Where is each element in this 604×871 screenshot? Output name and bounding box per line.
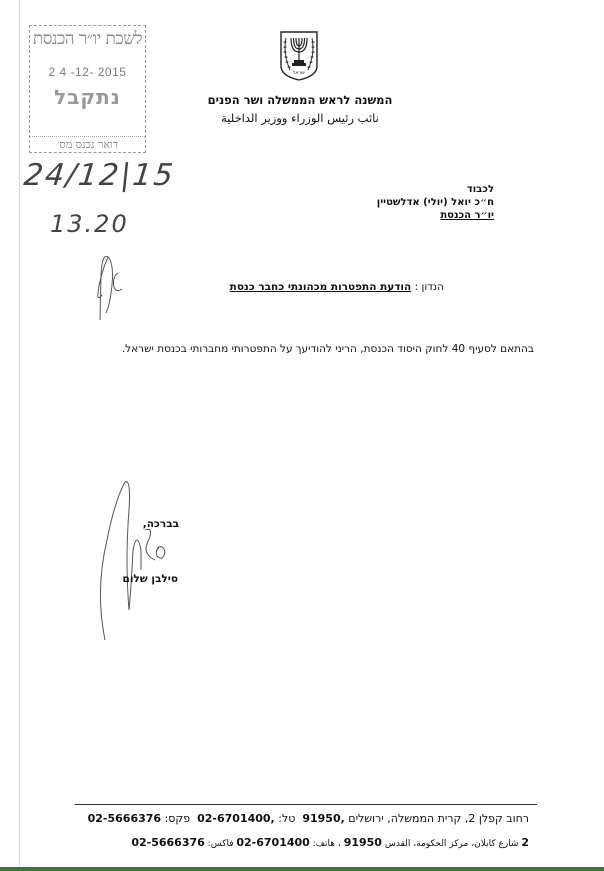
letterhead-arabic-title: نائب رئيس الوزراء ووزير الداخلية bbox=[150, 111, 450, 125]
addressee-salutation: לכבוד bbox=[377, 183, 494, 196]
addressee-name: ח״כ יואל (יולי) אדלשטיין bbox=[377, 196, 494, 209]
addressee-block: לכבוד ח״כ יואל (יולי) אדלשטיין יו״ר הכנס… bbox=[377, 183, 494, 222]
footer-he-tel-label: טל: bbox=[278, 812, 295, 825]
signer-name: סילבן שלום bbox=[123, 573, 178, 585]
footer-ar-tel: 02-6701400 bbox=[236, 836, 309, 849]
footer-ar-fax-label: فاكس: bbox=[208, 839, 234, 849]
letterhead: המשנה לראש הממשלה ושר הפנים نائب رئيس ال… bbox=[150, 93, 450, 125]
footer-ar-fax: 02-5666376 bbox=[131, 836, 204, 849]
letter-page: לשכת יו״ר הכנסת 2 4 -12- 2015 נתקבל דואר… bbox=[0, 0, 604, 866]
handwritten-initials bbox=[88, 245, 138, 325]
footer-he-fax: 02-5666376 bbox=[88, 812, 161, 825]
footer-ar-zip: 91950 bbox=[344, 836, 382, 849]
footer-ar-address: شارع كابلان، مركز الحكومة، القدس bbox=[385, 839, 519, 849]
subject-line: הנדון : הודעת התפטרות מכהונתי כחבר כנסת bbox=[230, 281, 444, 293]
handwritten-time: 13.20 bbox=[50, 210, 129, 238]
viewer-bottom-bar bbox=[0, 867, 604, 871]
footer-divider bbox=[75, 804, 537, 805]
footer-he-address: רחוב קפלן 2, קרית הממשלה, ירושלים bbox=[348, 812, 529, 825]
footer-he-tel: 02-6701400, bbox=[197, 812, 275, 825]
state-emblem-icon: ישראל bbox=[278, 30, 320, 82]
handwritten-date: 24/12|15 bbox=[22, 158, 176, 193]
subject-text: הודעת התפטרות מכהונתי כחבר כנסת bbox=[230, 281, 412, 293]
subject-label: הנדון : bbox=[415, 281, 444, 293]
footer-ar-street-num: 2 bbox=[521, 836, 529, 849]
footer-arabic-address: 2 شارع كابلان، مركز الحكومة، القدس 91950… bbox=[131, 836, 529, 849]
scan-edge-line bbox=[19, 0, 20, 866]
footer-hebrew-address: רחוב קפלן 2, קרית הממשלה, ירושלים 91950,… bbox=[88, 812, 529, 825]
emblem-caption: ישראל bbox=[293, 71, 305, 76]
closing-regards: בברכה, bbox=[143, 518, 179, 530]
footer-he-fax-label: פקס: bbox=[165, 812, 191, 825]
letterhead-hebrew-title: המשנה לראש הממשלה ושר הפנים bbox=[150, 93, 450, 107]
addressee-title: יו״ר הכנסת bbox=[377, 209, 494, 222]
stamp-received-label: נתקבל bbox=[30, 85, 145, 109]
stamp-date: 2 4 -12- 2015 bbox=[30, 65, 145, 79]
received-stamp: לשכת יו״ר הכנסת 2 4 -12- 2015 נתקבל דואר… bbox=[29, 25, 146, 153]
footer-ar-tel-label: ، هاتف: bbox=[313, 839, 341, 849]
stamp-incoming-mail-number: דואר נכנס מס׳ bbox=[30, 136, 145, 151]
stamp-office-name: לשכת יו״ר הכנסת bbox=[30, 29, 145, 49]
handwritten-signature bbox=[85, 470, 205, 650]
letter-body: בהתאם לסעיף 40 לחוק היסוד הכנסת, הריני ל… bbox=[122, 343, 534, 355]
footer-he-zip: 91950, bbox=[302, 812, 344, 825]
